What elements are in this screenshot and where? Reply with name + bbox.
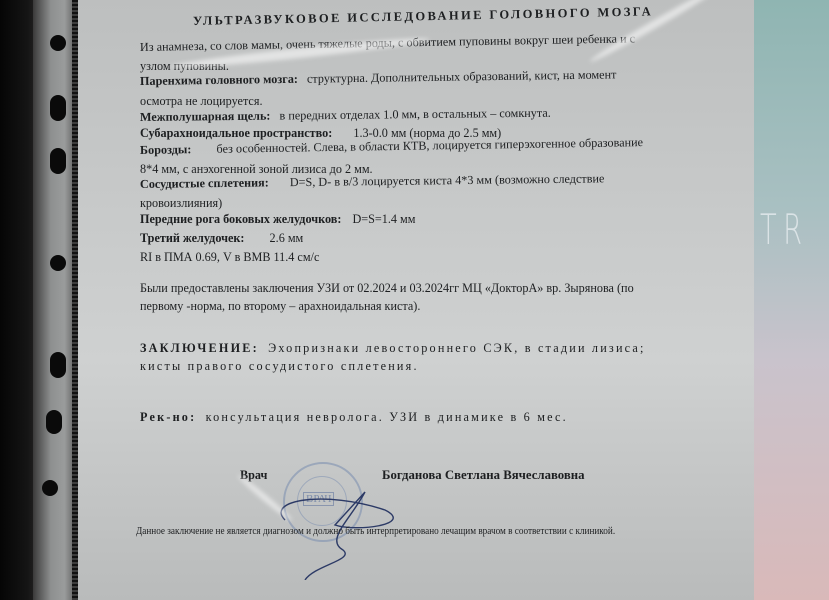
recommendation-value: консультация невролога. УЗИ в динамике в…	[206, 410, 568, 424]
report-title: УЛЬТРАЗВУКОВОЕ ИССЛЕДОВАНИЕ ГОЛОВНОГО МО…	[193, 4, 653, 29]
signature	[265, 470, 415, 580]
conclusion-value2: кисты правого сосудистого сплетения.	[140, 359, 419, 374]
plexus-value2: кровоизлияния)	[140, 196, 222, 211]
ultrasound-report: УЛЬТРАЗВУКОВОЕ ИССЛЕДОВАНИЕ ГОЛОВНОГО МО…	[0, 0, 829, 600]
plexus-value: D=S, D- в в/3 лоцируется киста 4*3 мм (в…	[290, 171, 605, 189]
horns-row: Передние рога боковых желудочков: D=S=1.…	[140, 212, 416, 227]
third-ventricle-label: Третий желудочек:	[140, 231, 245, 245]
fissure-row: Межполушарная щель: в передних отделах 1…	[140, 106, 551, 125]
conclusion-value: Эхопризнаки левостороннего СЭК, в стадии…	[268, 341, 646, 355]
ri-line: RI в ПМА 0.69, V в ВМВ 11.4 см/с	[140, 250, 319, 265]
prior-studies-line2: первому -норма, по второму – арахноидаль…	[140, 299, 420, 314]
parenchyma-value2: осмотра не лоцируется.	[140, 94, 263, 109]
conclusion-label: ЗАКЛЮЧЕНИЕ:	[140, 341, 259, 355]
recommendation-label: Рек-но:	[140, 410, 196, 424]
fissure-value: в передних отделах 1.0 мм, в остальных –…	[279, 106, 550, 123]
conclusion-row: ЗАКЛЮЧЕНИЕ: Эхопризнаки левостороннего С…	[140, 341, 646, 356]
parenchyma-label: Паренхима головного мозга:	[140, 72, 298, 88]
third-ventricle-row: Третий желудочек: 2.6 мм	[140, 231, 303, 246]
recommendation-row: Рек-но: консультация невролога. УЗИ в ди…	[140, 410, 568, 425]
horns-label: Передние рога боковых желудочков:	[140, 212, 341, 226]
prior-studies-line1: Были предоставлены заключения УЗИ от 02.…	[140, 281, 634, 296]
subarachnoid-label: Субарахноидальное пространство:	[140, 126, 332, 140]
fissure-label: Межполушарная щель:	[140, 109, 271, 124]
sulci-label: Борозды:	[140, 142, 192, 157]
plexus-label: Сосудистые сплетения:	[140, 175, 269, 191]
horns-value: D=S=1.4 мм	[352, 212, 415, 226]
disclaimer: Данное заключение не является диагнозом …	[136, 526, 615, 537]
parenchyma-value: структурна. Дополнительных образований, …	[307, 67, 617, 85]
third-ventricle-value: 2.6 мм	[270, 231, 304, 245]
